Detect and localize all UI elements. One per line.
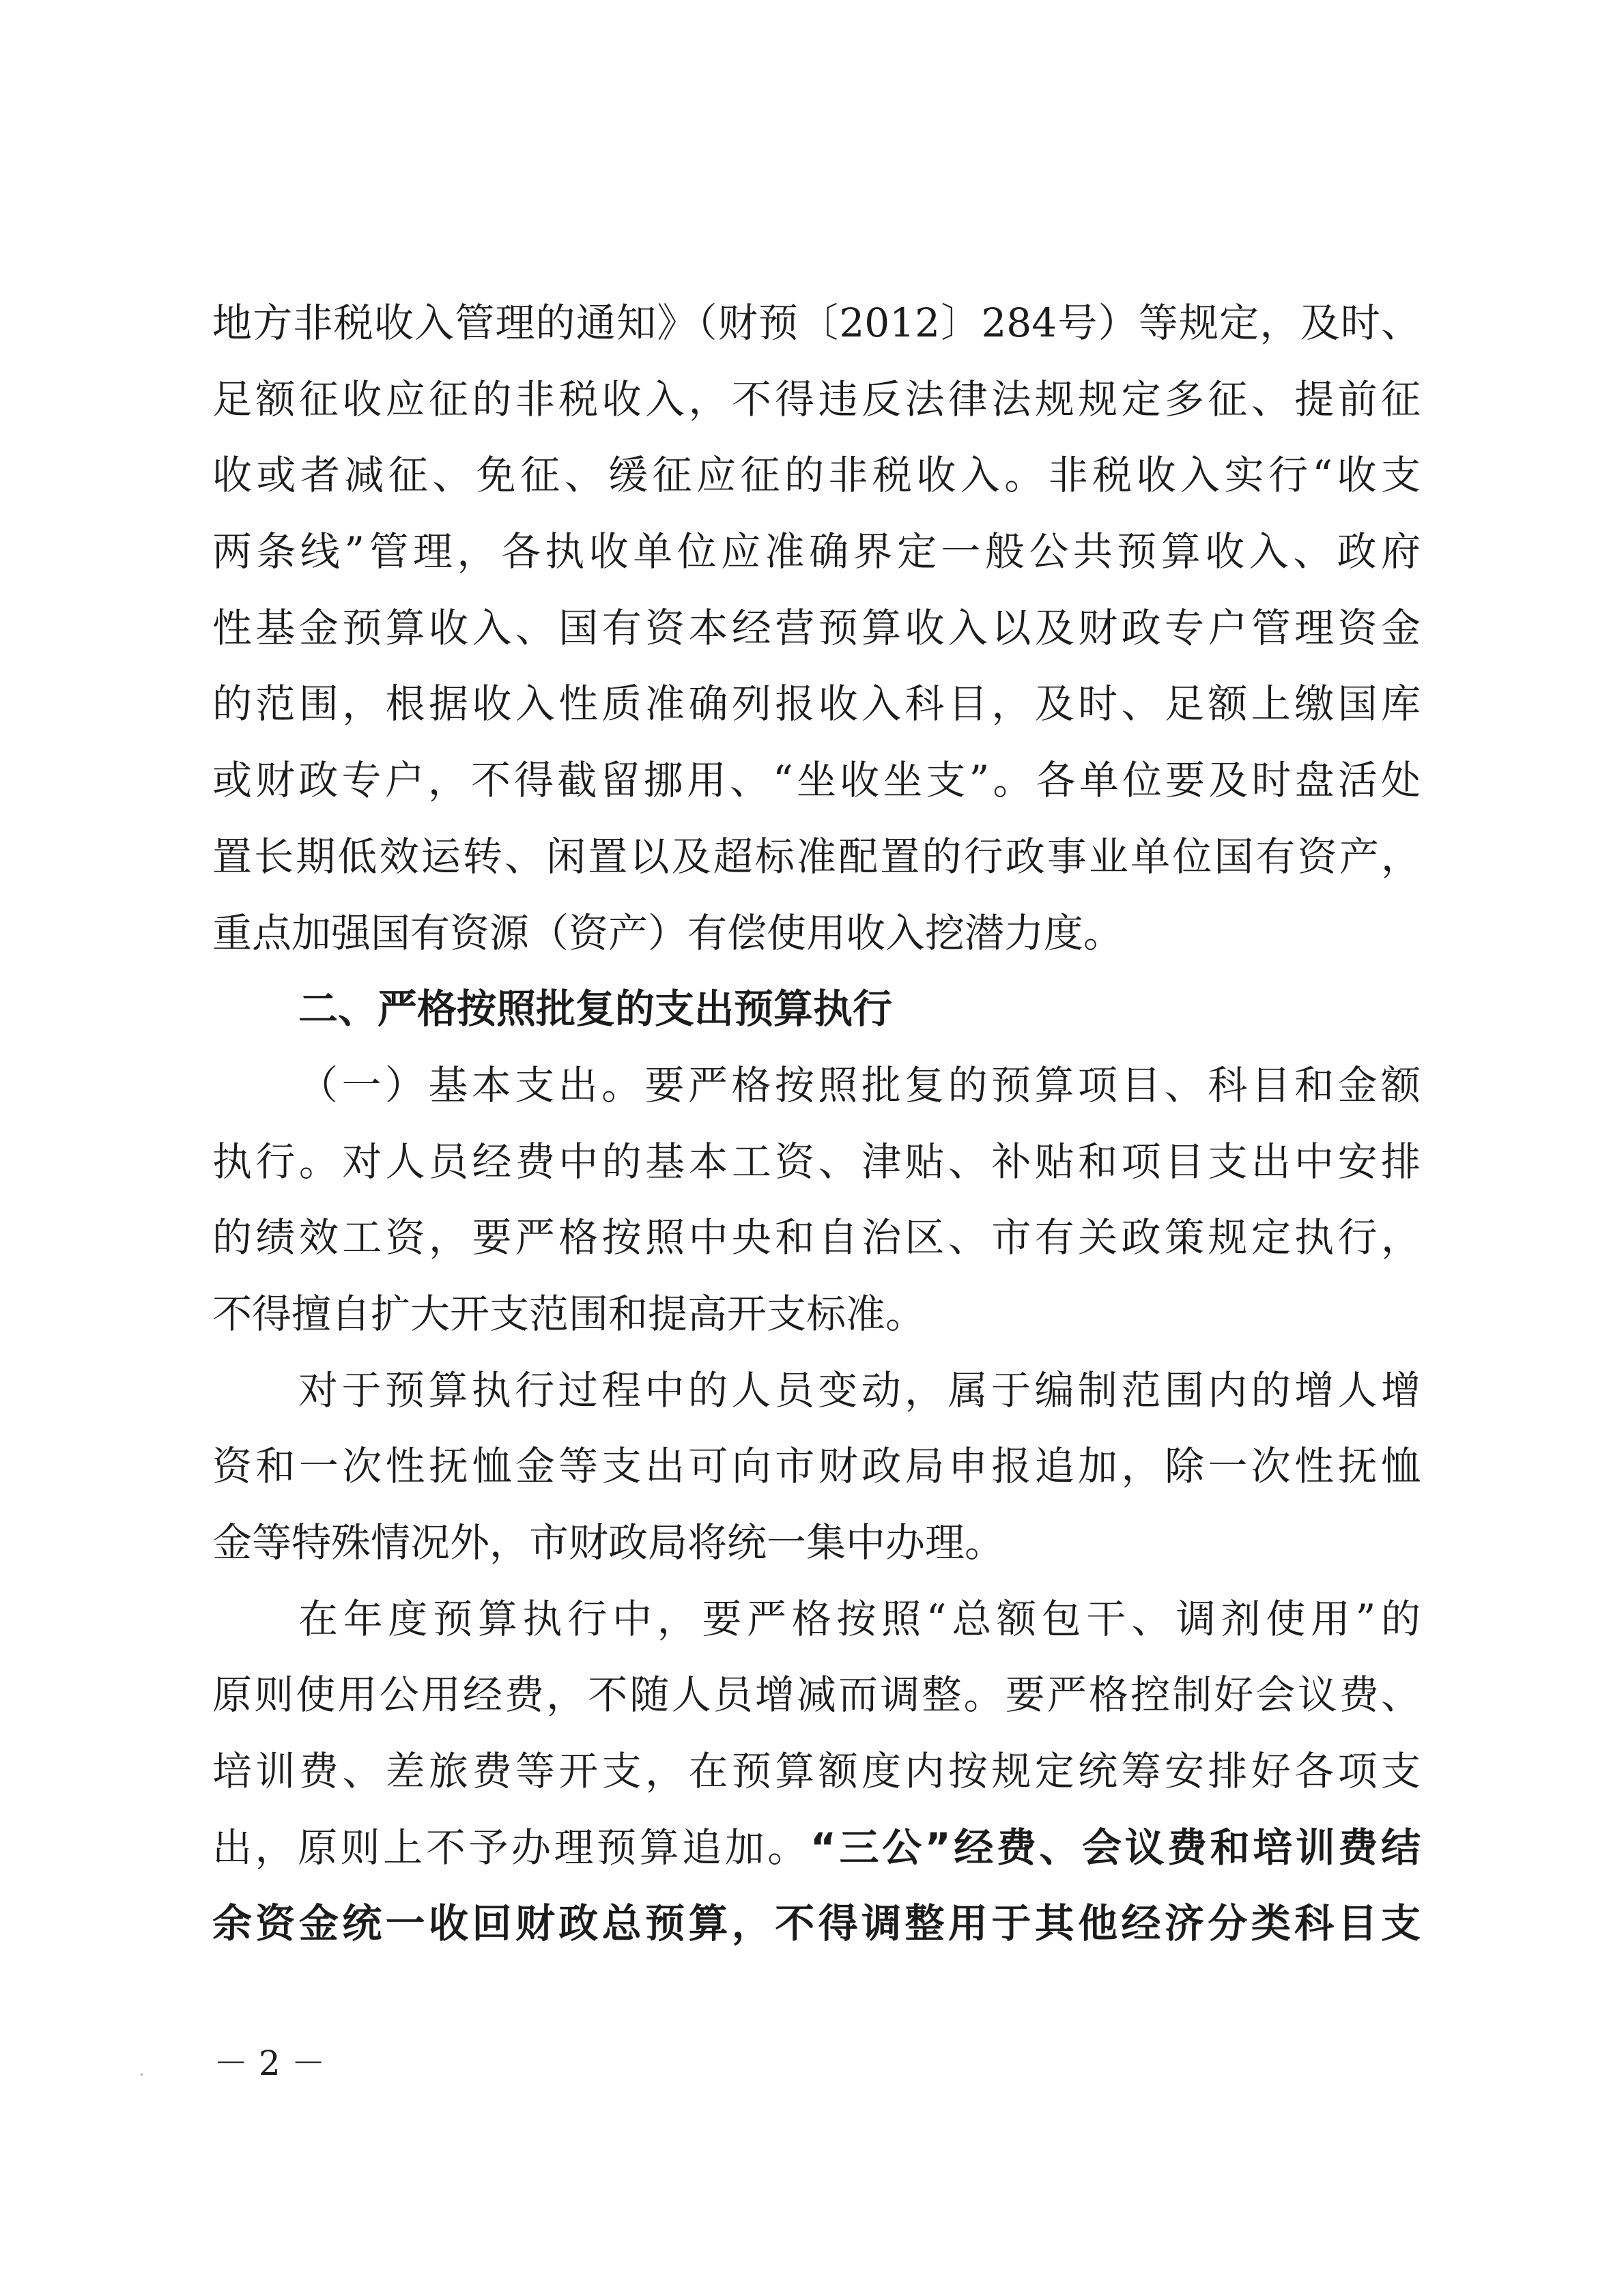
text-line: 对于预算执行过程中的人员变动，属于编制范围内的增人增 xyxy=(212,1353,1421,1429)
paragraph-staff-changes: 对于预算执行过程中的人员变动，属于编制范围内的增人增 资和一次性抚恤金等支出可向… xyxy=(212,1353,1421,1581)
paragraph-nontax-revenue: 地方非税收入管理的通知》（财预〔2012〕284号）等规定，及时、 足额征收应征… xyxy=(212,285,1421,971)
text-line: 或财政专户，不得截留挪用、“坐收坐支”。各单位要及时盘活处 xyxy=(212,743,1421,819)
text-line: 原则使用公用经费，不随人员增减而调整。要严格控制好会议费、 xyxy=(212,1657,1421,1734)
emphasis-text: “三公”经费、会议费和培训费结 xyxy=(810,1824,1421,1871)
text-line: 执行。对人员经费中的基本工资、津贴、补贴和项目支出中安排 xyxy=(212,1124,1421,1201)
text-line: 重点加强国有资源（资产）有偿使用收入挖潜力度。 xyxy=(212,895,1421,972)
normal-text: 出，原则上不予办理预算追加。 xyxy=(212,1824,810,1871)
page-number: － 2 － xyxy=(214,2043,326,2084)
emphasis-text-line: 余资金统一收回财政总预算，不得调整用于其他经济分类科目支 xyxy=(212,1886,1421,1962)
document-page: 地方非税收入管理的通知》（财预〔2012〕284号）等规定，及时、 足额征收应征… xyxy=(0,0,1624,2296)
text-line: 培训费、差旅费等开支，在预算额度内按规定统筹安排好各项支 xyxy=(212,1734,1421,1810)
text-line: 地方非税收入管理的通知》（财预〔2012〕284号）等规定，及时、 xyxy=(212,285,1421,362)
text-line: （一）基本支出。要严格按照批复的预算项目、科目和金额 xyxy=(212,1048,1421,1124)
text-line: 性基金预算收入、国有资本经营预算收入以及财政专户管理资金 xyxy=(212,590,1421,667)
paragraph-basic-expenditure: （一）基本支出。要严格按照批复的预算项目、科目和金额 执行。对人员经费中的基本工… xyxy=(212,1048,1421,1353)
document-body: 地方非税收入管理的通知》（财预〔2012〕284号）等规定，及时、 足额征收应征… xyxy=(212,285,1421,1962)
text-line: 收或者减征、免征、缓征应征的非税收入。非税收入实行“收支 xyxy=(212,437,1421,514)
text-line: 置长期低效运转、闲置以及超标准配置的行政事业单位国有资产， xyxy=(212,819,1421,895)
text-line: 两条线”管理，各执收单位应准确界定一般公共预算收入、政府 xyxy=(212,514,1421,590)
text-line: 足额征收应征的非税收入，不得违反法律法规规定多征、提前征 xyxy=(212,362,1421,438)
text-line: 资和一次性抚恤金等支出可向市财政局申报追加，除一次性抚恤 xyxy=(212,1429,1421,1505)
scan-artifact xyxy=(141,2073,143,2076)
section-heading: 二、严格按照批复的支出预算执行 xyxy=(212,971,1421,1048)
text-line: 在年度预算执行中，要严格按照“总额包干、调剂使用”的 xyxy=(212,1581,1421,1658)
text-line: 金等特殊情况外，市财政局将统一集中办理。 xyxy=(212,1505,1421,1581)
text-line: 的绩效工资，要严格按照中央和自治区、市有关政策规定执行， xyxy=(212,1200,1421,1276)
text-line-mixed: 出，原则上不予办理预算追加。“三公”经费、会议费和培训费结 xyxy=(212,1810,1421,1886)
text-line: 不得擅自扩大开支范围和提高开支标准。 xyxy=(212,1276,1421,1353)
text-line: 的范围，根据收入性质准确列报收入科目，及时、足额上缴国库 xyxy=(212,666,1421,743)
paragraph-public-funds: 在年度预算执行中，要严格按照“总额包干、调剂使用”的 原则使用公用经费，不随人员… xyxy=(212,1581,1421,1962)
